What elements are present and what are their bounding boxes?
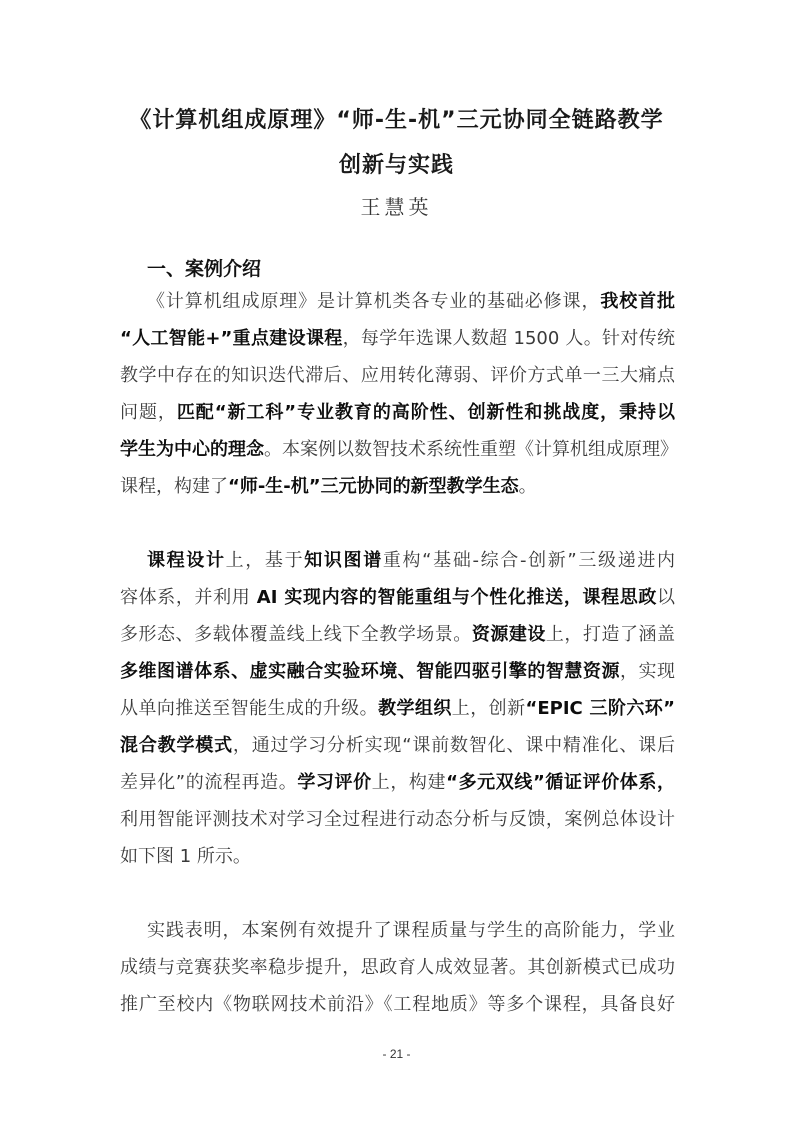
bold-text-run: 课程设计 — [147, 550, 226, 571]
text-run: ，每学年选课人数超 1500 人。针对传统 — [343, 328, 675, 349]
document-title-line-2: 创新与实践 — [0, 148, 793, 179]
bold-text-run: 学习评价 — [297, 772, 371, 793]
paragraph-results: 实践表明，本案例有效提升了课程质量与学生的高阶能力，学业成绩与竞赛获奖率稳步提升… — [120, 912, 675, 1023]
page-number: - 21 - — [0, 1047, 793, 1061]
text-line: 实践表明，本案例有效提升了课程质量与学生的高阶能力，学业 — [120, 912, 675, 949]
bold-text-run: 学生为中心的理念 — [120, 439, 264, 460]
document-title-line-1: 《计算机组成原理》“师-生-机”三元协同全链路教学 — [0, 103, 793, 134]
text-run: 上，创新 — [452, 698, 526, 719]
bold-text-run: “师-生-机”三元协同的新型教学生态 — [228, 476, 519, 497]
bold-text-run: 知识图谱 — [304, 550, 383, 571]
text-run: 问题， — [120, 402, 177, 423]
text-run: 多形态、多载体覆盖线上线下全教学场景。 — [120, 624, 472, 645]
text-line: 多形态、多载体覆盖线上线下全教学场景。资源建设上，打造了涵盖 — [120, 616, 675, 653]
text-line: 《计算机组成原理》是计算机类各专业的基础必修课，我校首批 — [120, 283, 675, 320]
text-run: 教学中存在的知识迭代滞后、应用转化薄弱、评价方式单一三大痛点 — [120, 365, 675, 386]
text-run: 上，打造了涵盖 — [546, 624, 675, 645]
bold-text-run: AI 实现内容的智能重组与个性化推送，课程思政 — [257, 587, 657, 608]
document-page: 《计算机组成原理》“师-生-机”三元协同全链路教学 创新与实践 王慧英 一、案例… — [0, 0, 793, 1122]
text-run: 推广至校内《物联网技术前沿》《工程地质》等多个课程，具备良好 — [120, 994, 675, 1015]
text-line: 学生为中心的理念。本案例以数智技术系统性重塑《计算机组成原理》 — [120, 431, 675, 468]
bold-text-run: 多维图谱体系、虚实融合实验环境、智能四驱引擎的智慧资源 — [120, 661, 620, 682]
bold-text-run: “人工智能+”重点建设课程 — [120, 328, 343, 349]
text-run: 上，基于 — [226, 550, 305, 571]
text-run: 。 — [519, 476, 537, 497]
text-run: 上，构建 — [372, 772, 446, 793]
text-line: 成绩与竞赛获奖率稳步提升，思政育人成效显著。其创新模式已成功 — [120, 949, 675, 986]
text-line: “人工智能+”重点建设课程，每学年选课人数超 1500 人。针对传统 — [120, 320, 675, 357]
text-line: 从单向推送至智能生成的升级。教学组织上，创新“EPIC 三阶六环” — [120, 690, 675, 727]
text-line: 问题，匹配“新工科”专业教育的高阶性、创新性和挑战度，秉持以 — [120, 394, 675, 431]
text-run: 以 — [657, 587, 675, 608]
text-line: 教学中存在的知识迭代滞后、应用转化薄弱、评价方式单一三大痛点 — [120, 357, 675, 394]
text-line: 多维图谱体系、虚实融合实验环境、智能四驱引擎的智慧资源，实现 — [120, 653, 675, 690]
bold-text-run: “EPIC 三阶六环” — [526, 698, 675, 719]
text-line: 利用智能评测技术对学习全过程进行动态分析与反馈，案例总体设计 — [120, 801, 675, 838]
bold-text-run: “多元双线”循证评价体系， — [446, 772, 675, 793]
text-line: 课程，构建了“师-生-机”三元协同的新型教学生态。 — [120, 468, 675, 505]
text-run: ，通过学习分析实现“课前数智化、课中精准化、课后 — [233, 735, 675, 756]
text-run: 《计算机组成原理》是计算机类各专业的基础必修课， — [147, 291, 600, 312]
paragraph-intro: 《计算机组成原理》是计算机类各专业的基础必修课，我校首批“人工智能+”重点建设课… — [120, 283, 675, 505]
paragraph-design: 课程设计上，基于知识图谱重构“基础-综合-创新”三级递进内容体系，并利用 AI … — [120, 542, 675, 875]
bold-text-run: 我校首批 — [600, 291, 675, 312]
text-run: ，实现 — [620, 661, 675, 682]
section-heading: 一、案例介绍 — [147, 254, 261, 281]
bold-text-run: 匹配“新工科”专业教育的高阶性、创新性和挑战度，秉持以 — [177, 402, 675, 423]
text-line: 推广至校内《物联网技术前沿》《工程地质》等多个课程，具备良好 — [120, 986, 675, 1023]
text-run: 重构“基础-综合-创新”三级递进内 — [383, 550, 675, 571]
text-run: 容体系，并利用 — [120, 587, 257, 608]
text-run: 实践表明，本案例有效提升了课程质量与学生的高阶能力，学业 — [147, 920, 675, 941]
text-run: 从单向推送至智能生成的升级。 — [120, 698, 378, 719]
text-run: 如下图 1 所示。 — [120, 846, 251, 867]
text-line: 差异化”的流程再造。学习评价上，构建“多元双线”循证评价体系， — [120, 764, 675, 801]
text-run: 课程，构建了 — [120, 476, 228, 497]
text-line: 混合教学模式，通过学习分析实现“课前数智化、课中精准化、课后 — [120, 727, 675, 764]
bold-text-run: 资源建设 — [472, 624, 546, 645]
text-line: 如下图 1 所示。 — [120, 838, 675, 875]
text-run: 。本案例以数智技术系统性重塑《计算机组成原理》 — [264, 439, 675, 460]
bold-text-run: 教学组织 — [378, 698, 452, 719]
text-line: 容体系，并利用 AI 实现内容的智能重组与个性化推送，课程思政以 — [120, 579, 675, 616]
author-name: 王慧英 — [0, 191, 793, 220]
bold-text-run: 混合教学模式 — [120, 735, 233, 756]
text-line: 课程设计上，基于知识图谱重构“基础-综合-创新”三级递进内 — [120, 542, 675, 579]
text-run: 差异化”的流程再造。 — [120, 772, 297, 793]
text-run: 成绩与竞赛获奖率稳步提升，思政育人成效显著。其创新模式已成功 — [120, 957, 675, 978]
text-run: 利用智能评测技术对学习全过程进行动态分析与反馈，案例总体设计 — [120, 809, 675, 830]
